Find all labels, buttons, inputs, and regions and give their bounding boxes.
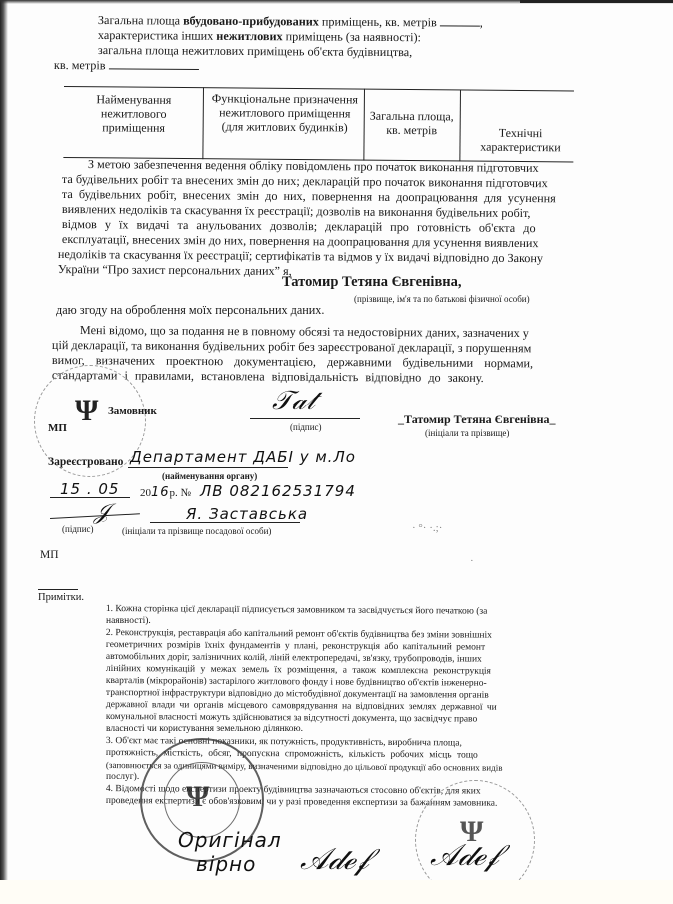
header-line-1: Загальна площа вбудовано-прибудованих пр… (98, 13, 483, 30)
registration-number: ЛВ 082162531794 (200, 482, 356, 500)
table-divider (202, 87, 204, 159)
table-header-function: Функціональне призначення нежитлового пр… (210, 91, 360, 134)
scan-bottom-margin (0, 880, 673, 904)
table-divider (363, 89, 365, 161)
official-name-line (150, 522, 300, 523)
table-header-tech: Технічні характеристики (475, 126, 565, 155)
text: приміщень, кв. метрів (319, 15, 437, 30)
applicant-name: Татомир Тетяна Євгенівна, (282, 274, 462, 290)
applicant-name-caption: (прізвище, ім'я та по батькові фізичної … (354, 292, 530, 306)
header-line-2: характеристика інших нежитлових приміщен… (98, 28, 421, 44)
area-blank (109, 58, 199, 70)
notes-rule (38, 589, 78, 590)
text: , (480, 16, 483, 30)
stamp-residue: · (470, 555, 474, 567)
official-signature: 𝒥 (94, 500, 109, 525)
consent-line: України “Про захист персональних даних” … (58, 262, 292, 278)
text: кв. метрів (54, 58, 106, 72)
scan-shadow-topright (520, 0, 673, 3)
stamp-residue: · °· ·.;· (412, 522, 442, 534)
table-header-name: Найменування нежитлового приміщення (72, 92, 196, 135)
registration-mp: МП (40, 548, 59, 562)
text-bold: вбудовано-прибудованих (183, 14, 319, 29)
text-bold: нежитлових (216, 29, 282, 43)
text: характеристика інших (98, 28, 216, 43)
registration-organ-caption: (найменування органу) (162, 469, 257, 483)
certification-handwritten-correct: вірно (196, 852, 256, 876)
date-line (50, 497, 130, 498)
table-top-border (64, 86, 574, 91)
customer-name-caption: (ініціали та прізвище) (425, 426, 509, 440)
certification-signature: 𝒜𝒹ℯ𝒻 (300, 842, 369, 877)
customer-signature: 𝒯𝒶𝓉 (272, 386, 315, 417)
table-header-area: Загальна площа, кв. метрів (370, 109, 454, 138)
scanned-document-page: Загальна площа вбудовано-прибудованих пр… (0, 0, 673, 904)
non-residential-premises-table: Найменування нежитлового приміщення Функ… (63, 86, 574, 162)
registration-label: Зареєстровано (48, 455, 123, 469)
consent-closing: даю згоду на оброблення моїх персональни… (56, 303, 324, 317)
header-line-3: загальна площа нежитлових приміщень об'є… (98, 43, 412, 59)
trident-icon: Ψ (75, 396, 98, 426)
customer-mp: МП (48, 421, 67, 435)
registration-date: 15 . 05 (60, 480, 119, 498)
certification-handwritten-original: Оригінал (178, 828, 282, 852)
text: України “Про захист персональних даних” … (58, 262, 292, 278)
table-divider (459, 89, 461, 161)
signature-line (250, 418, 360, 419)
certification-signature-right: 𝒜𝒹ℯ𝒻 (430, 838, 499, 873)
registration-organ: Департамент ДАБІ у м.Ло (130, 448, 356, 466)
text: Загальна площа (98, 13, 183, 28)
year-handwritten: 16 (151, 485, 170, 500)
trident-icon: Ψ (186, 782, 209, 812)
text: р. № (170, 487, 192, 499)
customer-signature-caption: (підпис) (290, 420, 322, 434)
text: приміщень (за наявності): (283, 29, 421, 44)
text: 20 (140, 487, 151, 499)
official-signature-caption: (підпис) (62, 522, 94, 536)
registration-year: 2016р. № (140, 486, 191, 500)
official-name-caption: (ініціали та прізвище посадової особи) (122, 524, 271, 538)
customer-name: _Татомир Тетяна Євгенівна_ (398, 412, 556, 426)
scan-shadow-left (0, 0, 8, 904)
notes-label: Примітки. (38, 591, 84, 605)
header-line-4: кв. метрів (54, 58, 199, 73)
official-name: Я. Заставська (186, 505, 308, 523)
area-blank (440, 15, 480, 26)
organ-line (128, 467, 288, 468)
liability-line: Мені відомо, що за подання не в повному … (80, 323, 529, 340)
customer-label: Замовник (108, 404, 157, 418)
note-line: 1. Кожна сторінка цієї декларації підпис… (106, 602, 488, 619)
